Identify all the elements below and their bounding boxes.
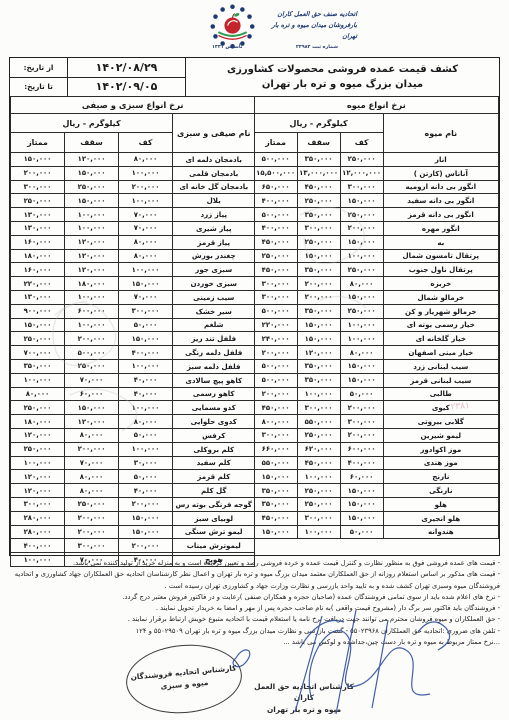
floor-price: ۶۰,۰۰۰ xyxy=(340,470,383,484)
floor-price: ۸۰,۰۰۰ xyxy=(119,235,173,249)
premium-price: ۲۰۰,۰۰۰ xyxy=(254,387,297,401)
floor-price: ۱۰۰,۰۰۰ xyxy=(340,318,383,332)
fruit-floor-header: کف xyxy=(340,133,383,153)
floor-price: ۲۵۰,۰۰۰ xyxy=(340,304,383,318)
ceiling-price: ۱۵۰,۰۰۰ xyxy=(297,332,340,346)
table-row: چغندر بورش ۸۰,۰۰۰ ۱۲۰,۰۰۰ ۱۸۰,۰۰۰ xyxy=(11,249,255,263)
floor-price: ۲۵۰,۰۰۰ xyxy=(340,153,383,167)
footnote-line: - فروشندگان باید فاکتور سر برگ دار (مشرو… xyxy=(10,603,500,614)
product-name: انگور بی دانه ارومیه xyxy=(383,180,498,194)
ceiling-price: ۲۵۰,۰۰۰ xyxy=(297,497,340,511)
premium-price: ۴۵۰,۰۰۰ xyxy=(254,511,297,525)
table-row: سبزی جور ۱۰۰,۰۰۰ ۱۲۰,۰۰۰ ۱۶۰,۰۰۰ xyxy=(11,263,255,277)
vegetable-price-table: نرخ انواع سبزی و صیفی نام صیفی و سبزی کی… xyxy=(10,96,255,567)
table-row: انگور مهره ۲۰۰,۰۰۰ ۳۰۰,۰۰۰ ۴۰۰,۰۰۰ xyxy=(254,221,498,235)
floor-price: ۱۰۰,۰۰۰ xyxy=(119,442,173,456)
premium-price: ۸۰,۰۰۰ xyxy=(11,387,65,401)
premium-price: ۵۰۰,۰۰۰ xyxy=(254,208,297,222)
fruit-table-body: انار ۲۵۰,۰۰۰ ۳۵۰,۰۰۰ ۵۰۰,۰۰۰ آناناس (کار… xyxy=(254,153,498,539)
floor-price: ۱۰۰,۰۰۰ xyxy=(119,194,173,208)
premium-price: ۴۵۰,۰۰۰ xyxy=(254,401,297,415)
premium-price: ۲۲۰,۰۰۰ xyxy=(11,277,65,291)
product-name: بلال xyxy=(173,194,255,208)
floor-price: ۱۵۰,۰۰۰ xyxy=(340,235,383,249)
product-name: گلابی بیروتی xyxy=(383,415,498,429)
floor-price: ۱۵۰,۰۰۰ xyxy=(340,373,383,387)
product-name: سبزی جور xyxy=(173,263,255,277)
premium-price: ۳۰۰,۰۰۰ xyxy=(254,277,297,291)
price-bulletin-page: اتحادیه صنف حق العمل کاران بارفروشان مید… xyxy=(0,0,509,720)
product-name: بادمجان دلمه ای xyxy=(173,153,255,167)
price-table-frame: کشف قیمت عمده فروشی محصولات کشاورزی میدا… xyxy=(9,57,500,556)
ceiling-price: ۱۲۰,۰۰۰ xyxy=(65,415,119,429)
table-row: سیب لبنانی قرمز ۱۵۰,۰۰۰ ۳۵۰,۰۰۰ ۵۰۰,۰۰۰ xyxy=(254,373,498,387)
fruit-section-title: نرخ انواع میوه xyxy=(254,97,498,114)
floor-price: ۴۰,۰۰۰ xyxy=(119,387,173,401)
veg-premium-header: ممتاز xyxy=(11,133,65,153)
floor-price: ۷۰,۰۰۰ xyxy=(119,208,173,222)
premium-price: ۱۵۰,۰۰۰ xyxy=(11,318,65,332)
premium-price: ۶۶۰,۰۰۰ xyxy=(254,442,297,456)
table-row: کلم سفید ۳۰,۰۰۰ ۷۰,۰۰۰ ۱۰۰,۰۰۰ xyxy=(11,456,255,470)
ceiling-price: ۲۰۰,۰۰۰ xyxy=(297,277,340,291)
ceiling-price: ۵۵۰,۰۰۰ xyxy=(297,415,340,429)
ceiling-price: ۲۰۰,۰۰۰ xyxy=(65,442,119,456)
ceiling-price: ۷۰,۰۰۰ xyxy=(65,373,119,387)
floor-price: ۴۰۰,۰۰۰ xyxy=(119,346,173,360)
floor-price: ۳۰,۰۰۰ xyxy=(119,456,173,470)
table-row: خیار مینی اصفهان ۸۰,۰۰۰ ۱۲۰,۰۰۰ ۲۰۰,۰۰۰ xyxy=(254,346,498,360)
product-name: انگور بی دانه سفید xyxy=(383,194,498,208)
premium-price: ۲۵۰,۰۰۰ xyxy=(11,194,65,208)
floor-price: ۱۵۰,۰۰۰ xyxy=(340,290,383,304)
ceiling-price: ۸۰,۰۰۰ xyxy=(65,470,119,484)
product-name: چغندر بورش xyxy=(173,249,255,263)
product-name: موز اکوادور xyxy=(383,442,498,456)
ceiling-price: ۳۵۰,۰۰۰ xyxy=(297,263,340,277)
veg-table-body: بادمجان دلمه ای ۸۰,۰۰۰ ۱۲۰,۰۰۰ ۱۵۰,۰۰۰ ب… xyxy=(11,153,255,567)
premium-price: ۱۲۰,۰۰۰ xyxy=(11,428,65,442)
table-row: بادمجان قلمی ۱۰۰,۰۰۰ ۱۵۰,۰۰۰ ۲۰۰,۰۰۰ xyxy=(11,166,255,180)
premium-price: ۳۰۰,۰۰۰ xyxy=(254,290,297,304)
floor-price: ۳۰۰,۰۰۰ xyxy=(119,304,173,318)
logo-registration: شماره ثبت ۲۳۹۸۴ تأسیس ۱۳۳۱ xyxy=(212,45,338,50)
product-name: کدو مسمایی xyxy=(173,401,255,415)
table-row: پرتقال تامسون شمال ۱۰۰,۰۰۰ ۱۵۰,۰۰۰ ۲۵۰,۰… xyxy=(254,249,498,263)
ceiling-price: ۴۵۰,۰۰۰ xyxy=(297,180,340,194)
floor-price: ۱۰۰,۰۰۰ xyxy=(119,401,173,415)
product-name: پرتقال تامسون شمال xyxy=(383,249,498,263)
ceiling-price: ۱۵۰,۰۰۰ xyxy=(65,401,119,415)
table-row: موز اکوادور ۶۰۰,۰۰۰ ۶۲۰,۰۰۰ ۶۶۰,۰۰۰ xyxy=(254,442,498,456)
footnote-line: - قیمت های مذکور بر اساس استعلام روزانه … xyxy=(10,569,500,592)
to-date-value: ۱۴۰۲/۰۹/۰۵ xyxy=(67,78,185,97)
table-row: بادمجان گل خانه ای ۲۰۰,۰۰۰ ۲۵۰,۰۰۰ ۳۰۰,۰… xyxy=(11,180,255,194)
ceiling-price: ۱۲۰,۰۰۰ xyxy=(65,249,119,263)
floor-price: ۳۰۰,۰۰۰ xyxy=(340,180,383,194)
floor-price: ۱۵۰,۰۰۰ xyxy=(340,511,383,525)
premium-price: ۵۰۰,۰۰۰ xyxy=(254,153,297,167)
floor-price: ۷۰,۰۰۰ xyxy=(119,221,173,235)
table-row: گوجه فرنگی بوته رس ۲۰۰,۰۰۰ ۲۵۰,۰۰۰ ۳۰۰,۰… xyxy=(11,497,255,511)
ceiling-price: ۸۰,۰۰۰ xyxy=(65,428,119,442)
ceiling-price: ۱۰۰,۰۰۰ xyxy=(65,290,119,304)
premium-price: ۵۰۰,۰۰۰ xyxy=(254,359,297,373)
product-name: لیمو ترش سنگی xyxy=(173,525,255,539)
table-row: گل کلم ۴۰,۰۰۰ ۸۰,۰۰۰ ۱۲۰,۰۰۰ xyxy=(11,484,255,498)
floor-price: ۲۰۰,۰۰۰ xyxy=(119,539,173,553)
floor-price: ۶۰۰,۰۰۰ xyxy=(340,442,383,456)
fruit-unit-header: کیلوگرم - ریال xyxy=(254,114,383,133)
table-row: سیر خشک ۳۰۰,۰۰۰ ۶۰۰,۰۰۰ ۹۰۰,۰۰۰ xyxy=(11,304,255,318)
veg-name-header: نام صیفی و سبزی xyxy=(173,114,255,153)
product-name: سیب لبنانی زرد xyxy=(383,359,498,373)
table-row: انگور بی دانه ارومیه ۳۰۰,۰۰۰ ۴۵۰,۰۰۰ ۶۵۰… xyxy=(254,180,498,194)
product-name: کلم بروکلی xyxy=(173,442,255,456)
table-row: آناناس (کارتن ) ۱۲,۰۰۰,۰۰۰ ۱۳,۰۰۰,۰۰۰ ۱۵… xyxy=(254,166,498,180)
table-row: نارنگی ۱۵۰,۰۰۰ ۲۵۰,۰۰۰ ۳۵۰,۰۰۰ xyxy=(254,484,498,498)
premium-price: ۳۵۰,۰۰۰ xyxy=(11,359,65,373)
product-name: بادمجان قلمی xyxy=(173,166,255,180)
floor-price: ۲۵۰,۰۰۰ xyxy=(340,208,383,222)
premium-price: ۲۵۰,۰۰۰ xyxy=(254,249,297,263)
logo-line1: اتحادیه صنف حق العمل کاران xyxy=(261,9,357,20)
ceiling-price: ۳۰۰,۰۰۰ xyxy=(297,511,340,525)
ceiling-price: ۳۰۰,۰۰۰ xyxy=(65,539,119,553)
floor-price: ۲۰۰,۰۰۰ xyxy=(340,428,383,442)
product-name: فلفل تند ریز xyxy=(173,332,255,346)
product-name: کاهو رسمی xyxy=(173,387,255,401)
product-name: موز هندی xyxy=(383,456,498,470)
fruit-ceiling-header: سقف xyxy=(297,133,340,153)
floor-price: ۱۰۰,۰۰۰ xyxy=(119,263,173,277)
footnote-line: - قیمت های عمده فروشی فوق به منظور نظارت… xyxy=(10,558,500,569)
table-row: سیب لبنانی زرد ۱۵۰,۰۰۰ ۳۵۰,۰۰۰ ۵۰۰,۰۰۰ xyxy=(254,359,498,373)
ceiling-price: ۱۰۰,۰۰۰ xyxy=(297,525,340,539)
floor-price: ۷۰,۰۰۰ xyxy=(119,290,173,304)
premium-price: ۵۰۰,۰۰۰ xyxy=(254,304,297,318)
premium-price: ۱۲۰,۰۰۰ xyxy=(11,470,65,484)
premium-price: ۴۰۰,۰۰۰ xyxy=(11,539,65,553)
premium-price: ۲۸۰,۰۰۰ xyxy=(11,511,65,525)
ceiling-price: ۵۰۰,۰۰۰ xyxy=(65,346,119,360)
premium-price: ۱۳۰,۰۰۰ xyxy=(11,221,65,235)
ceiling-price: ۶۰۰,۰۰۰ xyxy=(65,304,119,318)
premium-price: ۷۰۰,۰۰۰ xyxy=(11,346,65,360)
ceiling-price: ۲۵۰,۰۰۰ xyxy=(297,428,340,442)
table-row: پیاز زرد ۷۰,۰۰۰ ۱۰۰,۰۰۰ ۱۳۰,۰۰۰ xyxy=(11,208,255,222)
premium-price: ۲۵۰,۰۰۰ xyxy=(11,401,65,415)
premium-price: ۱۶۰,۰۰۰ xyxy=(11,235,65,249)
premium-price: ۱۸۰,۰۰۰ xyxy=(11,415,65,429)
product-name: فلفل دلمه سبز xyxy=(173,359,255,373)
table-row: انگور بی دانه قرمز ۲۵۰,۰۰۰ ۳۵۰,۰۰۰ ۵۰۰,۰… xyxy=(254,208,498,222)
table-row: کرفس ۵۰,۰۰۰ ۸۰,۰۰۰ ۱۲۰,۰۰۰ xyxy=(11,428,255,442)
premium-price: ۹۰۰,۰۰۰ xyxy=(11,304,65,318)
table-row: انار ۲۵۰,۰۰۰ ۳۵۰,۰۰۰ ۵۰۰,۰۰۰ xyxy=(254,153,498,167)
ceiling-price: ۱۰۰,۰۰۰ xyxy=(297,387,340,401)
table-row: سبزی خوردن ۱۵۰,۰۰۰ ۱۸۰,۰۰۰ ۲۲۰,۰۰۰ xyxy=(11,277,255,291)
product-name: کیوی xyxy=(383,401,498,415)
union-logo-caption: اتحادیه صنف حق العمل کاران بارفروشان مید… xyxy=(261,3,357,50)
table-row: لیمو شیرین ۲۰۰,۰۰۰ ۲۵۰,۰۰۰ ۳۰۰,۰۰۰ xyxy=(254,428,498,442)
product-name: خیار گلخانه ای xyxy=(383,332,498,346)
table-row: نارنج ۶۰,۰۰۰ ۱۰۰,۰۰۰ ۱۵۰,۰۰۰ xyxy=(254,470,498,484)
product-name: خرمالو شهریار و کن xyxy=(383,304,498,318)
commission-agents-expert-signature: کارشناس اتحادیه حق العمل کاران میوه و تر… xyxy=(243,681,365,715)
product-name: خیار مینی اصفهان xyxy=(383,346,498,360)
from-date-row: از تاریخ: ۱۴۰۲/۰۸/۲۹ xyxy=(10,58,185,77)
to-date-row: تا تاریخ: ۱۴۰۲/۰۹/۰۵ xyxy=(10,77,185,97)
premium-price: ۲۵۰,۰۰۰ xyxy=(11,332,65,346)
floor-price: ۲۵۰,۰۰۰ xyxy=(340,263,383,277)
ceiling-price: ۶۰,۰۰۰ xyxy=(65,387,119,401)
table-row: طالبی ۵۰,۰۰۰ ۱۰۰,۰۰۰ ۲۰۰,۰۰۰ xyxy=(254,387,498,401)
table-row: خرمالو شمال ۱۵۰,۰۰۰ ۲۰۰,۰۰۰ ۳۰۰,۰۰۰ xyxy=(254,290,498,304)
sig-right-line2: میوه و تره بار تهران xyxy=(243,704,365,715)
ceiling-price: ۲۵۰,۰۰۰ xyxy=(65,497,119,511)
table-header-row: کشف قیمت عمده فروشی محصولات کشاورزی میدا… xyxy=(10,58,499,96)
premium-price: ۶۵۰,۰۰۰ xyxy=(254,180,297,194)
premium-price: ۱۵۰,۰۰۰ xyxy=(11,153,65,167)
ceiling-price: ۱۸۰,۰۰۰ xyxy=(65,277,119,291)
product-name: بادمجان گل خانه ای xyxy=(173,180,255,194)
table-row: کاهو رسمی ۴۰,۰۰۰ ۶۰,۰۰۰ ۸۰,۰۰۰ xyxy=(11,387,255,401)
floor-price: ۸۰,۰۰۰ xyxy=(119,153,173,167)
ceiling-price: ۱۵۰,۰۰۰ xyxy=(297,318,340,332)
ceiling-price: ۱۰۰,۰۰۰ xyxy=(65,208,119,222)
ceiling-price: ۱۲۰,۰۰۰ xyxy=(297,346,340,360)
floor-price: ۴۰,۰۰۰ xyxy=(119,373,173,387)
floor-price: ۴۰۰,۰۰۰ xyxy=(340,456,383,470)
floor-price: ۵۰,۰۰۰ xyxy=(119,428,173,442)
table-row: لیموترش میناب ۲۰۰,۰۰۰ ۳۰۰,۰۰۰ ۴۰۰,۰۰۰ xyxy=(11,539,255,553)
floor-price: ۱۰۰,۰۰۰ xyxy=(119,166,173,180)
product-name: هلو انجیری xyxy=(383,511,498,525)
floor-price: ۵۰,۰۰۰ xyxy=(340,387,383,401)
product-name: پیاز زرد xyxy=(173,208,255,222)
table-row: بلال ۱۰۰,۰۰۰ ۱۵۰,۰۰۰ ۲۵۰,۰۰۰ xyxy=(11,194,255,208)
product-name: انار xyxy=(383,153,498,167)
product-name: سیب لبنانی قرمز xyxy=(383,373,498,387)
table-row: کلم قرمز ۵۰,۰۰۰ ۸۰,۰۰۰ ۱۲۰,۰۰۰ xyxy=(11,470,255,484)
veg-unit-header: کیلوگرم - ریال xyxy=(11,114,173,133)
floor-price: ۱۰۰,۰۰۰ xyxy=(340,332,383,346)
table-row: خربزه ۸۰,۰۰۰ ۲۰۰,۰۰۰ ۳۰۰,۰۰۰ xyxy=(254,277,498,291)
footnote-line: - تلفن های ضروری :اتحادیه حق العملکاران … xyxy=(10,626,500,637)
table-row: خرمالو شهریار و کن ۲۵۰,۰۰۰ ۳۵۰,۰۰۰ ۵۰۰,۰… xyxy=(254,304,498,318)
footnote-line: ...نرخ ممتاز مربوط به میوه و تره بار دست… xyxy=(10,637,500,648)
fruit-price-table: نرخ انواع میوه نام میوه کیلوگرم - ریال ک… xyxy=(254,96,499,539)
table-row: پیاز قرمز ۸۰,۰۰۰ ۱۲۰,۰۰۰ ۱۶۰,۰۰۰ xyxy=(11,235,255,249)
floor-price: ۸۰,۰۰۰ xyxy=(340,346,383,360)
premium-price: ۱۰۰,۰۰۰ xyxy=(11,373,65,387)
table-row: پیاز شیری ۷۰,۰۰۰ ۱۰۰,۰۰۰ ۱۳۰,۰۰۰ xyxy=(11,221,255,235)
table-row: انگور بی دانه سفید ۱۵۰,۰۰۰ ۲۵۰,۰۰۰ ۴۰۰,۰… xyxy=(254,194,498,208)
product-name: انگور مهره xyxy=(383,221,498,235)
floor-price: ۵۰,۰۰۰ xyxy=(119,318,173,332)
floor-price: ۱۵۰,۰۰۰ xyxy=(119,525,173,539)
table-row: موز هندی ۴۰۰,۰۰۰ ۴۵۰,۰۰۰ ۵۵۰,۰۰۰ xyxy=(254,456,498,470)
product-name: طالبی xyxy=(383,387,498,401)
table-row: کاهو پیچ سالادی ۴۰,۰۰۰ ۷۰,۰۰۰ ۱۰۰,۰۰۰ xyxy=(11,373,255,387)
floor-price: ۱۲,۰۰۰,۰۰۰ xyxy=(340,166,383,180)
floor-price: ۴۰,۰۰۰ xyxy=(119,484,173,498)
floor-price: ۵۰,۰۰۰ xyxy=(119,470,173,484)
fruit-name-header: نام میوه xyxy=(383,114,498,153)
premium-price: ۳۰۰,۰۰۰ xyxy=(254,428,297,442)
ceiling-price: ۳۵۰,۰۰۰ xyxy=(297,359,340,373)
ceiling-price: ۲۵۰,۰۰۰ xyxy=(65,359,119,373)
registration-number: شماره ثبت ۲۳۹۸۴ xyxy=(296,45,338,50)
ceiling-price: ۳۵۰,۰۰۰ xyxy=(297,208,340,222)
product-name: کرفس xyxy=(173,428,255,442)
floor-price: ۲۰۰,۰۰۰ xyxy=(340,221,383,235)
floor-price: ۲۰۰,۰۰۰ xyxy=(119,180,173,194)
ceiling-price: ۲۵۰,۰۰۰ xyxy=(297,484,340,498)
ceiling-price: ۱۵۰,۰۰۰ xyxy=(65,166,119,180)
product-name: کلم سفید xyxy=(173,456,255,470)
premium-price: ۵۵۰,۰۰۰ xyxy=(254,456,297,470)
establishment-year: تأسیس ۱۳۳۱ xyxy=(212,45,242,50)
premium-price: ۱۰۰,۰۰۰ xyxy=(11,456,65,470)
floor-price: ۱۵۰,۰۰۰ xyxy=(340,497,383,511)
premium-price: ۲۲۰,۰۰۰ xyxy=(254,318,297,332)
product-name: لوبیای سبز xyxy=(173,511,255,525)
veg-floor-header: کف xyxy=(119,133,173,153)
product-name: خرمالو شمال xyxy=(383,290,498,304)
product-name: پرتقال ناول جنوب xyxy=(383,263,498,277)
premium-price: ۲۸۰,۰۰۰ xyxy=(11,525,65,539)
premium-price: ۴۰۰,۰۰۰ xyxy=(254,194,297,208)
ceiling-price: ۲۰۰,۰۰۰ xyxy=(65,511,119,525)
product-name: انگور بی دانه قرمز xyxy=(383,208,498,222)
table-row: شلغم ۵۰,۰۰۰ ۱۰۰,۰۰۰ ۱۵۰,۰۰۰ xyxy=(11,318,255,332)
premium-price: ۴۵۰,۰۰۰ xyxy=(254,235,297,249)
table-row: فلفل دلمه سبز ۱۰۰,۰۰۰ ۲۵۰,۰۰۰ ۳۵۰,۰۰۰ xyxy=(11,359,255,373)
floor-price: ۸۰,۰۰۰ xyxy=(119,249,173,263)
premium-price: ۱۵۰,۰۰۰ xyxy=(254,470,297,484)
floor-price: ۱۵۰,۰۰۰ xyxy=(340,359,383,373)
ceiling-price: ۱۳,۰۰۰,۰۰۰ xyxy=(297,166,340,180)
table-row: کلم بروکلی ۱۰۰,۰۰۰ ۲۰۰,۰۰۰ ۲۵۰,۰۰۰ xyxy=(11,442,255,456)
ceiling-price: ۲۰۰,۰۰۰ xyxy=(65,332,119,346)
premium-price: ۴۵۰,۰۰۰ xyxy=(254,263,297,277)
logo-line2: بارفروشان میدان میوه و تره بار تهران xyxy=(261,20,357,42)
product-name: هلو xyxy=(383,497,498,511)
premium-price: ۸۰۰,۰۰۰ xyxy=(254,415,297,429)
document-title: کشف قیمت عمده فروشی محصولات کشاورزی میدا… xyxy=(185,58,499,96)
to-date-label: تا تاریخ: xyxy=(10,78,67,97)
premium-price: ۲۴۰,۰۰۰ xyxy=(254,332,297,346)
sellers-union-expert-stamp: کارشناس اتحادیه فروشندگان میوه و سبزی xyxy=(123,640,244,718)
floor-price: ۱۵۰,۰۰۰ xyxy=(119,277,173,291)
product-name: فلفل دلمه رنگی xyxy=(173,346,255,360)
product-name: کدوی حلوایی xyxy=(173,415,255,429)
ceiling-price: ۷۰,۰۰۰ xyxy=(65,456,119,470)
product-name: لیمو شیرین xyxy=(383,428,498,442)
floor-price: ۳۰۰,۰۰۰ xyxy=(340,415,383,429)
product-name: پیاز قرمز xyxy=(173,235,255,249)
premium-price: ۱۶۰,۰۰۰ xyxy=(11,263,65,277)
product-name: گوجه فرنگی بوته رس xyxy=(173,497,255,511)
title-line1: کشف قیمت عمده فروشی محصولات کشاورزی xyxy=(186,62,499,77)
ceiling-price: ۱۵۰,۰۰۰ xyxy=(65,194,119,208)
ceiling-price: ۲۵۰,۰۰۰ xyxy=(297,194,340,208)
table-row: پرتقال ناول جنوب ۲۵۰,۰۰۰ ۳۵۰,۰۰۰ ۴۵۰,۰۰۰ xyxy=(254,263,498,277)
ceiling-price: ۱۲۰,۰۰۰ xyxy=(65,263,119,277)
footnote-line: - حق العملکاران و میوه فروشان محترم می ت… xyxy=(10,614,500,625)
product-name: سیب زمینی xyxy=(173,290,255,304)
floor-price: ۱۰۰,۰۰۰ xyxy=(340,249,383,263)
premium-price: ۳۰۰,۰۰۰ xyxy=(11,180,65,194)
table-row: لوبیای سبز ۱۵۰,۰۰۰ ۲۰۰,۰۰۰ ۲۸۰,۰۰۰ xyxy=(11,511,255,525)
table-row: خیار گلخانه ای ۱۰۰,۰۰۰ ۱۵۰,۰۰۰ ۲۴۰,۰۰۰ xyxy=(254,332,498,346)
footnotes: - قیمت های عمده فروشی فوق به منظور نظارت… xyxy=(10,558,500,648)
ceiling-price: ۸۰,۰۰۰ xyxy=(65,484,119,498)
product-name: سیر خشک xyxy=(173,304,255,318)
title-line2: میدان بزرگ میوه و تره بار تهران xyxy=(186,77,499,92)
premium-price: ۲۰۰,۰۰۰ xyxy=(11,166,65,180)
from-date-label: از تاریخ: xyxy=(10,58,67,77)
product-name: سبزی خوردن xyxy=(173,277,255,291)
premium-price: ۳۵۰,۰۰۰ xyxy=(254,484,297,498)
veg-section-title: نرخ انواع سبزی و صیفی xyxy=(11,97,255,114)
floor-price: ۵۰,۰۰۰ xyxy=(340,525,383,539)
sig-right-line1: کارشناس اتحادیه حق العمل کاران xyxy=(243,681,365,704)
product-name: نارنگی xyxy=(383,484,498,498)
floor-price: ۲۰۰,۰۰۰ xyxy=(340,401,383,415)
ceiling-price: ۱۰۰,۰۰۰ xyxy=(65,318,119,332)
ceiling-price: ۱۰۰,۰۰۰ xyxy=(297,470,340,484)
ceiling-price: ۳۵۰,۰۰۰ xyxy=(297,304,340,318)
ceiling-price: ۳۰۰,۰۰۰ xyxy=(297,401,340,415)
from-date-value: ۱۴۰۲/۰۸/۲۹ xyxy=(67,58,185,77)
ceiling-price: ۲۰۰,۰۰۰ xyxy=(297,290,340,304)
ceiling-price: ۱۰۰,۰۰۰ xyxy=(65,221,119,235)
ceiling-price: ۱۲۰,۰۰۰ xyxy=(65,153,119,167)
premium-price: ۳۰۰,۰۰۰ xyxy=(11,497,65,511)
table-row: بادمجان دلمه ای ۸۰,۰۰۰ ۱۲۰,۰۰۰ ۱۵۰,۰۰۰ xyxy=(11,153,255,167)
table-row: هلو ۱۵۰,۰۰۰ ۲۵۰,۰۰۰ ۳۵۰,۰۰۰ xyxy=(254,497,498,511)
table-row: سیب زمینی ۷۰,۰۰۰ ۱۰۰,۰۰۰ ۱۳۰,۰۰۰ xyxy=(11,290,255,304)
ceiling-price: ۳۵۰,۰۰۰ xyxy=(297,153,340,167)
product-name: کلم قرمز xyxy=(173,470,255,484)
premium-price: ۱۳۰,۰۰۰ xyxy=(11,208,65,222)
product-name: پیاز شیری xyxy=(173,221,255,235)
table-row: فلفل دلمه رنگی ۴۰۰,۰۰۰ ۵۰۰,۰۰۰ ۷۰۰,۰۰۰ xyxy=(11,346,255,360)
floor-price: ۱۵۰,۰۰۰ xyxy=(340,484,383,498)
table-row: هلو انجیری ۱۵۰,۰۰۰ ۳۰۰,۰۰۰ ۴۵۰,۰۰۰ xyxy=(254,511,498,525)
ceiling-price: ۲۵۰,۰۰۰ xyxy=(297,235,340,249)
footnote-line: - نرخ های اعلام شده باید از سوی تمامی فر… xyxy=(10,592,500,603)
product-name: به xyxy=(383,235,498,249)
fruit-premium-header: ممتاز xyxy=(254,133,297,153)
product-name: نارنج xyxy=(383,470,498,484)
premium-price: ۵۰۰,۰۰۰ xyxy=(254,373,297,387)
table-row: فلفل تند ریز ۱۵۰,۰۰۰ ۲۰۰,۰۰۰ ۲۵۰,۰۰۰ xyxy=(11,332,255,346)
premium-price: ۳۵۰,۰۰۰ xyxy=(254,497,297,511)
floor-price: ۱۵۰,۰۰۰ xyxy=(119,332,173,346)
premium-price: ۲۰۰,۰۰۰ xyxy=(254,346,297,360)
table-row: کدوی حلوایی ۸۰,۰۰۰ ۱۲۰,۰۰۰ ۱۸۰,۰۰۰ xyxy=(11,415,255,429)
ceiling-price: ۳۵۰,۰۰۰ xyxy=(297,373,340,387)
table-row: کیوی ۲۰۰,۰۰۰ ۳۰۰,۰۰۰ ۴۵۰,۰۰۰ xyxy=(254,401,498,415)
product-name: گل کلم xyxy=(173,484,255,498)
floor-price: ۲۰۰,۰۰۰ xyxy=(119,497,173,511)
premium-price: ۱۳۰,۰۰۰ xyxy=(11,290,65,304)
product-name: هندوانه xyxy=(383,525,498,539)
